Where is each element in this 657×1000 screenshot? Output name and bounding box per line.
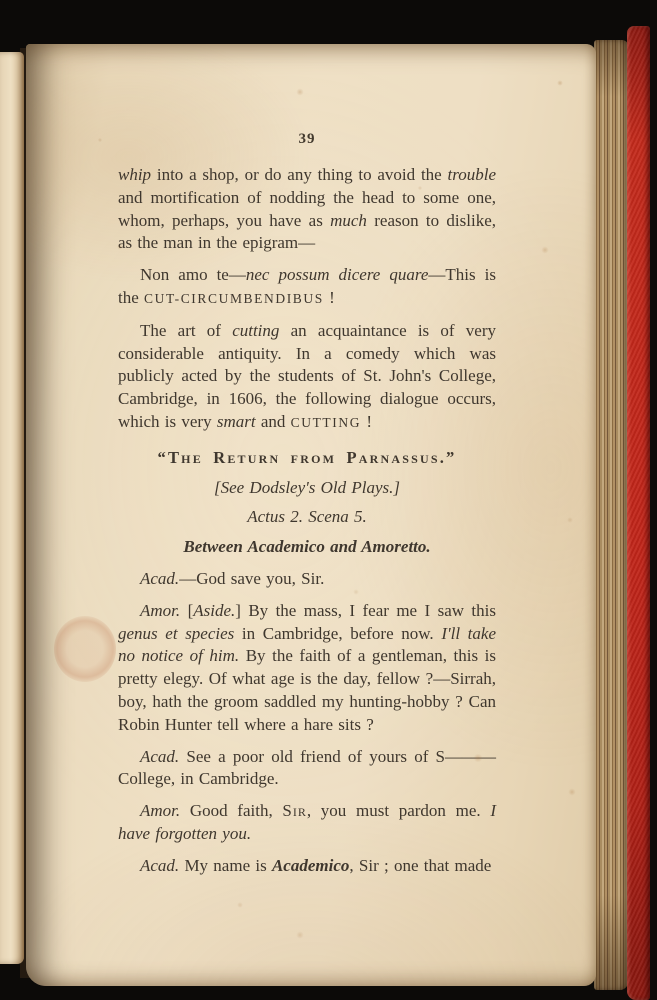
facing-page-edge (0, 52, 24, 964)
text-run: nec possum dicere quare (246, 265, 429, 284)
stain-mark (54, 616, 116, 682)
text-run: Sir (282, 801, 306, 820)
text-run: and (256, 412, 291, 431)
text-run: Aside. (193, 601, 235, 620)
text-run: Amor. (140, 601, 180, 620)
act-scene: Actus 2. Scena 5. (118, 506, 496, 529)
page-number: 39 (118, 130, 496, 148)
text-run: Academico (272, 856, 349, 875)
text-run: Amor. (140, 801, 180, 820)
dialogue-amor-1: Amor. [Aside.] By the mass, I fear me I … (118, 600, 496, 737)
text-block: 39 whip into a shop, or do any thing to … (118, 130, 496, 878)
book-photograph: 39 whip into a shop, or do any thing to … (0, 0, 657, 1000)
text-run: in Cambridge, before now. (234, 624, 441, 643)
text-run: Non amo te— (140, 265, 246, 284)
text-run: into a shop, or do any thing to avoid th… (151, 165, 447, 184)
text-run: “The Return from Parnassus.” (158, 448, 457, 467)
text-run: ! (361, 412, 372, 431)
para-art-of-cutting: The art of cutting an acquaintance is of… (118, 320, 496, 435)
text-run: , Sir ; one that made (349, 856, 491, 875)
text-run: [See Dodsley's Old Plays.] (214, 478, 400, 497)
dialogue-acad-3: Acad. My name is Academico, Sir ; one th… (118, 855, 496, 878)
text-run: Between Academico and Amoretto. (183, 537, 430, 556)
text-run: [ (180, 601, 193, 620)
page-paragraphs: whip into a shop, or do any thing to avo… (118, 164, 496, 878)
text-run: much (330, 211, 367, 230)
text-run: ] By the mass, I fear me I saw this (235, 601, 496, 620)
dialogue-acad-1: Acad.—God save you, Sir. (118, 568, 496, 591)
red-leather-cover (627, 26, 650, 1000)
text-run: Acad. (140, 569, 179, 588)
play-source: [See Dodsley's Old Plays.] (118, 477, 496, 500)
text-run: , you must pardon me. (307, 801, 490, 820)
text-run: whip (118, 165, 151, 184)
dialogue-amor-2: Amor. Good faith, Sir, you must pardon m… (118, 800, 496, 846)
text-run: Acad. (140, 747, 179, 766)
text-run: Actus 2. Scena 5. (247, 507, 367, 526)
text-run: CUTTING (291, 415, 361, 430)
cast-line: Between Academico and Amoretto. (118, 536, 496, 559)
text-run: Acad. (140, 856, 179, 875)
text-run: Good faith, (180, 801, 282, 820)
book-page: 39 whip into a shop, or do any thing to … (26, 44, 596, 986)
dialogue-acad-2: Acad. See a poor old friend of yours of … (118, 746, 496, 792)
play-title: “The Return from Parnassus.” (118, 447, 496, 470)
text-run: My name is (179, 856, 272, 875)
text-run: trouble (448, 165, 496, 184)
text-run: CUT-CIRCUMBENDIBUS (144, 291, 324, 306)
text-run: The art of (140, 321, 232, 340)
para-continuation: whip into a shop, or do any thing to avo… (118, 164, 496, 255)
text-run: —God save you, Sir. (179, 569, 324, 588)
text-run: ! (324, 288, 335, 307)
text-run: smart (217, 412, 256, 431)
text-run: cutting (232, 321, 279, 340)
para-epigram: Non amo te—nec possum dicere quare—This … (118, 264, 496, 311)
fore-edge-page-stack (594, 40, 628, 990)
text-run: genus et species (118, 624, 234, 643)
